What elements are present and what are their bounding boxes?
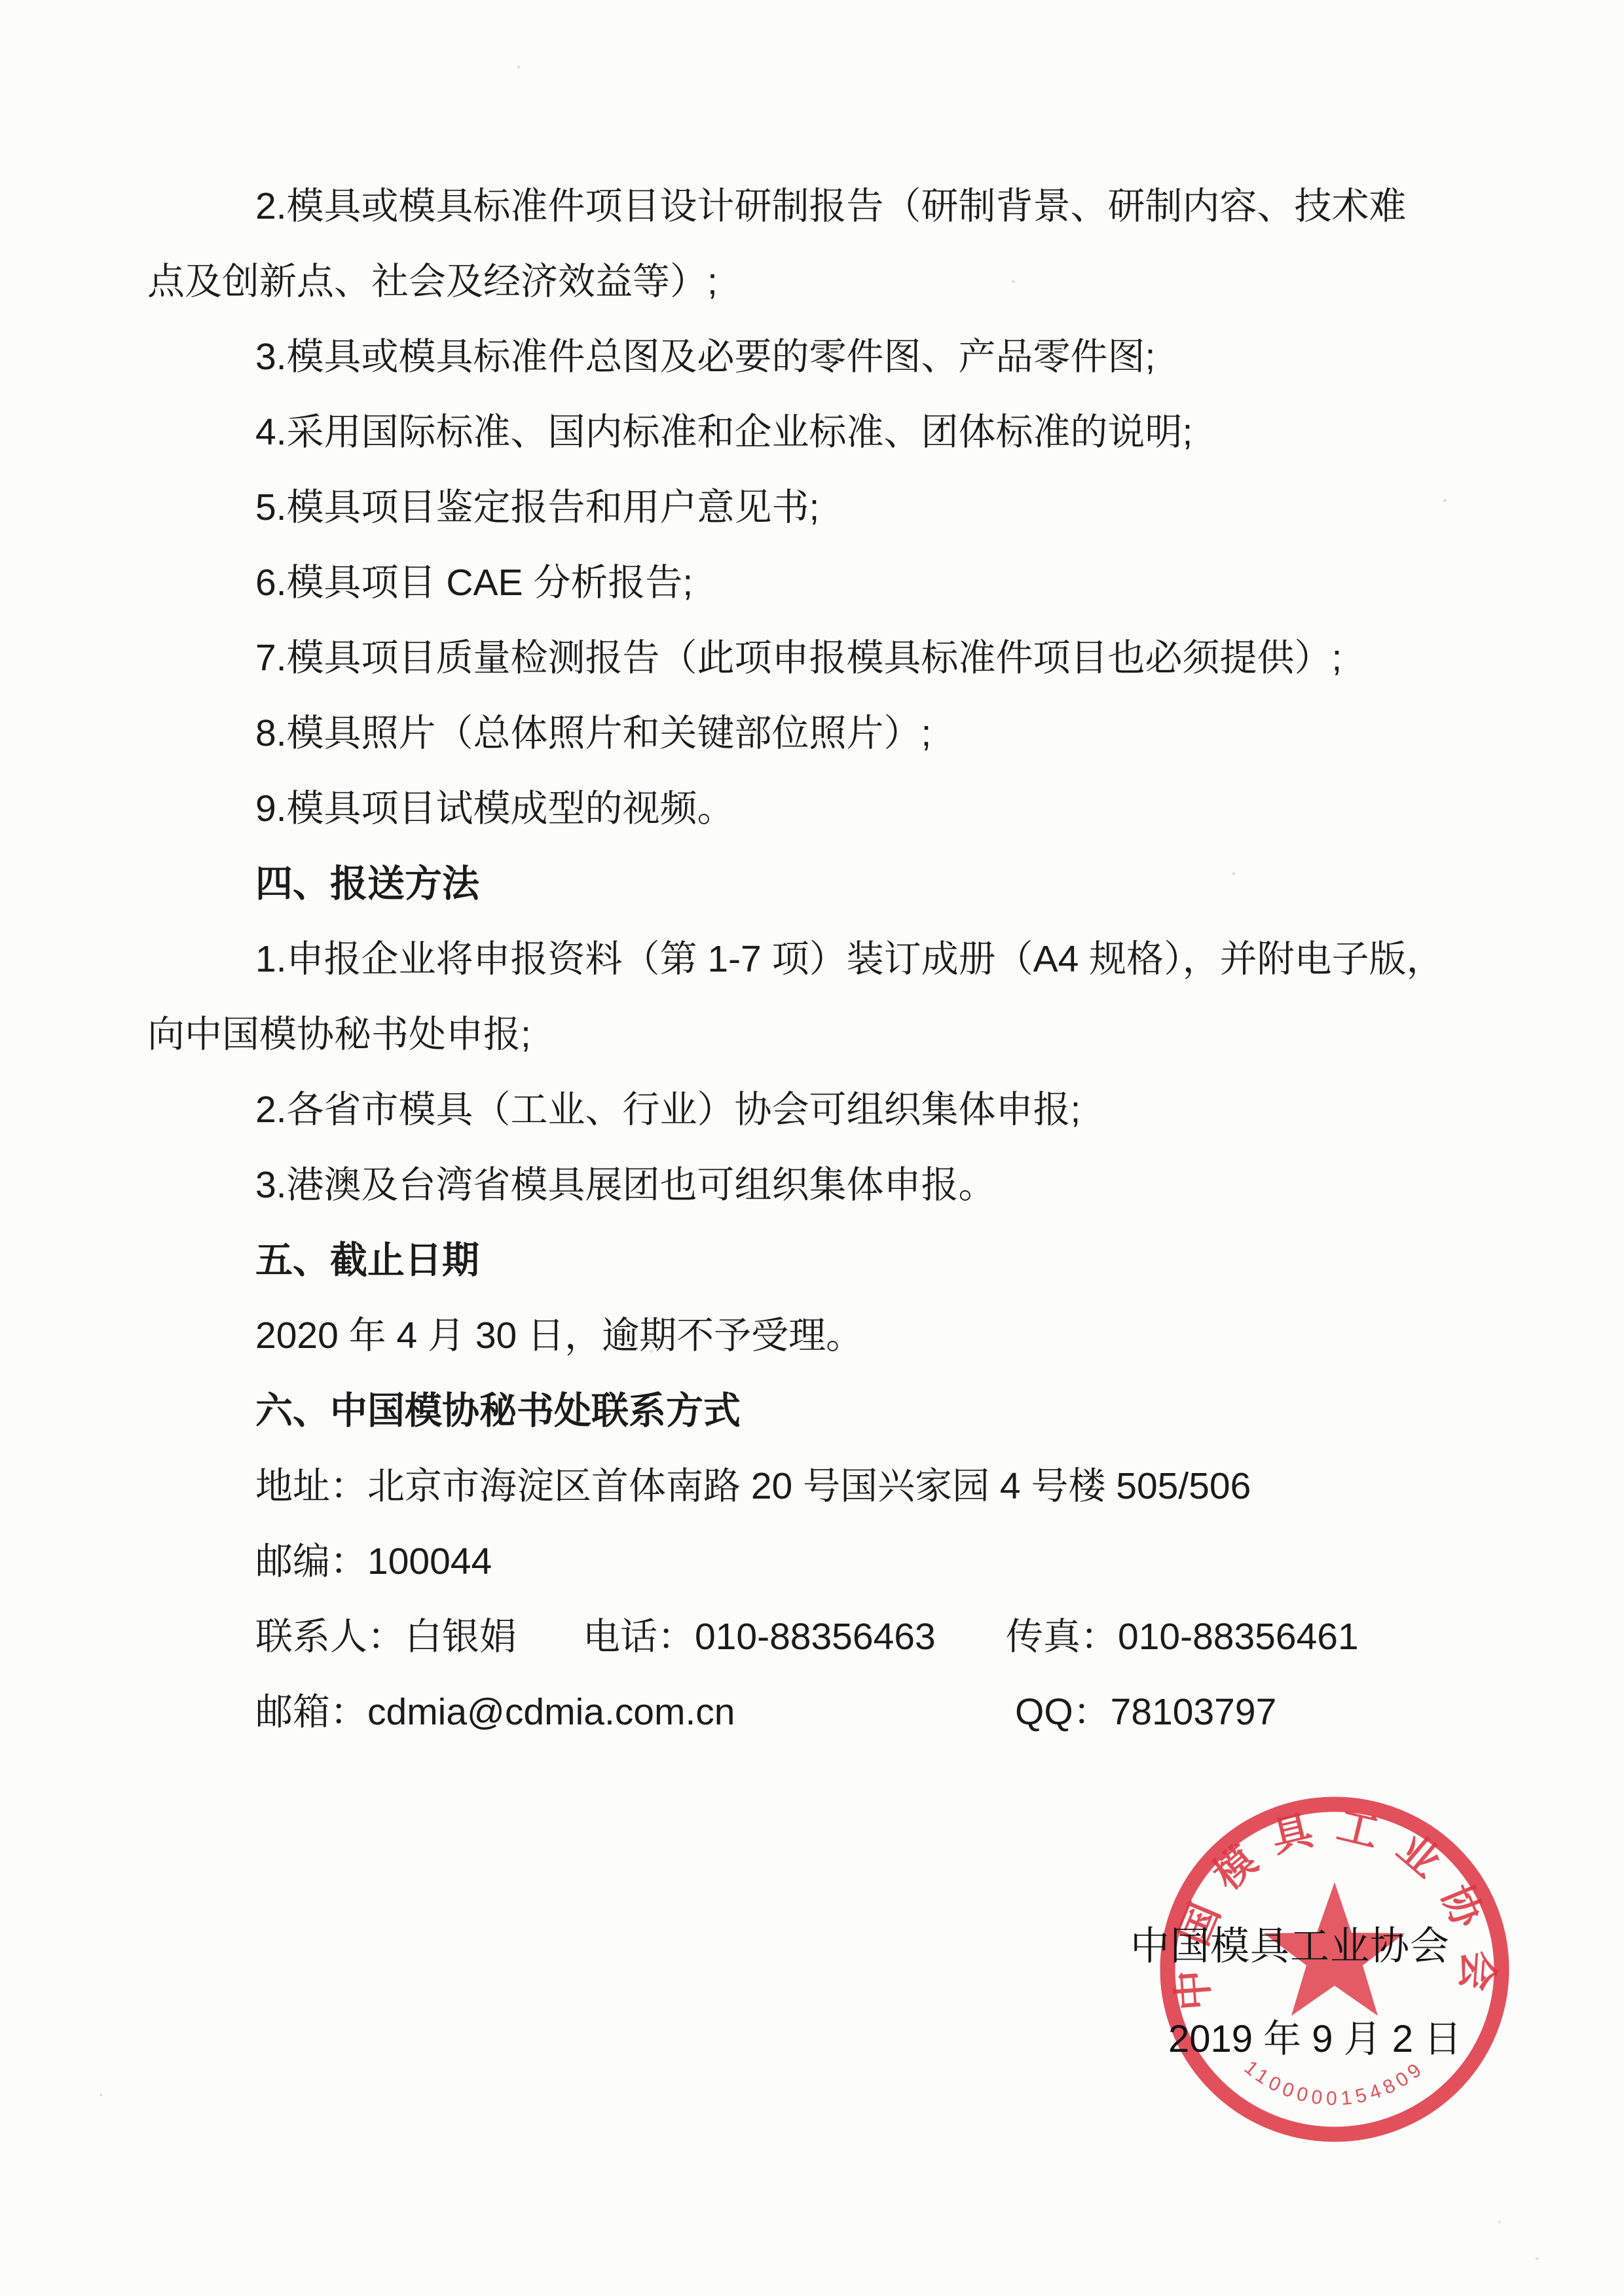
list-item-6: 6.模具项目 CAE 分析报告; (147, 545, 1509, 621)
list-item-2-line1: 2.模具或模具标准件项目设计研制报告（研制背景、研制内容、技术难 (147, 169, 1509, 244)
submission-item-3: 3.港澳及台湾省模具展团也可组织集体申报。 (147, 1148, 1509, 1223)
list-item-4: 4.采用国际标准、国内标准和企业标准、团体标准的说明; (147, 395, 1509, 470)
contact-line: 联系人：白银娟 电话：010-88356463 传真：010-88356461 (147, 1599, 1509, 1675)
scan-speck (100, 2094, 102, 2096)
scan-speck (1012, 280, 1015, 283)
submission-item-1-line2: 向中国模协秘书处申报; (147, 997, 1509, 1072)
document-body: 2.模具或模具标准件项目设计研制报告（研制背景、研制内容、技术难 点及创新点、社… (147, 169, 1509, 1750)
postcode-line: 邮编：100044 (147, 1524, 1509, 1599)
submission-item-2: 2.各省市模具（工业、行业）协会可组织集体申报; (147, 1072, 1509, 1148)
section-heading-contact: 六、中国模协秘书处联系方式 (147, 1374, 1509, 1449)
scanned-document-page: 2.模具或模具标准件项目设计研制报告（研制背景、研制内容、技术难 点及创新点、社… (0, 0, 1624, 2296)
list-item-9: 9.模具项目试模成型的视频。 (147, 771, 1509, 847)
seal-serial-number: 1100000154809 (1240, 2056, 1429, 2109)
list-item-5: 5.模具项目鉴定报告和用户意见书; (147, 470, 1509, 545)
scan-speck (1498, 2221, 1501, 2223)
scan-speck (198, 1036, 200, 1038)
submission-item-1-line1: 1.申报企业将申报资料（第 1-7 项）装订成册（A4 规格），并附电子版， (147, 922, 1509, 997)
seal-org-name: 中国模具工业协会 (1130, 1923, 1450, 1969)
list-item-8: 8.模具照片（总体照片和关键部位照片）; (147, 696, 1509, 771)
deadline-text: 2020 年 4 月 30 日，逾期不予受理。 (147, 1298, 1509, 1374)
seal-date: 2019 年 9 月 2 日 (1168, 2016, 1462, 2062)
section-heading-deadline: 五、截止日期 (147, 1223, 1509, 1298)
official-seal: 中国模具工业协会 1100000154809 (1074, 1728, 1611, 2213)
contact-email: 邮箱：cdmia@cdmia.com.cn (255, 1675, 735, 1750)
list-item-3: 3.模具或模具标准件总图及必要的零件图、产品零件图; (147, 319, 1509, 395)
contact-fax: 传真：010-88356461 (1006, 1599, 1359, 1675)
scan-speck (517, 65, 520, 69)
section-heading-submission-method: 四、报送方法 (147, 847, 1509, 922)
scan-speck (1232, 872, 1235, 875)
address-line: 地址：北京市海淀区首体南路 20 号国兴家园 4 号楼 505/506 (147, 1449, 1509, 1524)
scan-speck (1536, 2257, 1539, 2260)
scan-speck (341, 577, 343, 580)
scan-speck (1443, 499, 1447, 502)
list-item-2-line2: 点及创新点、社会及经济效益等）; (147, 244, 1509, 319)
contact-phone: 电话：010-88356463 (583, 1599, 936, 1675)
scan-speck (650, 1350, 653, 1353)
list-item-7: 7.模具项目质量检测报告（此项申报模具标准件项目也必须提供）; (147, 621, 1509, 696)
contact-person: 联系人：白银娟 (255, 1599, 517, 1675)
